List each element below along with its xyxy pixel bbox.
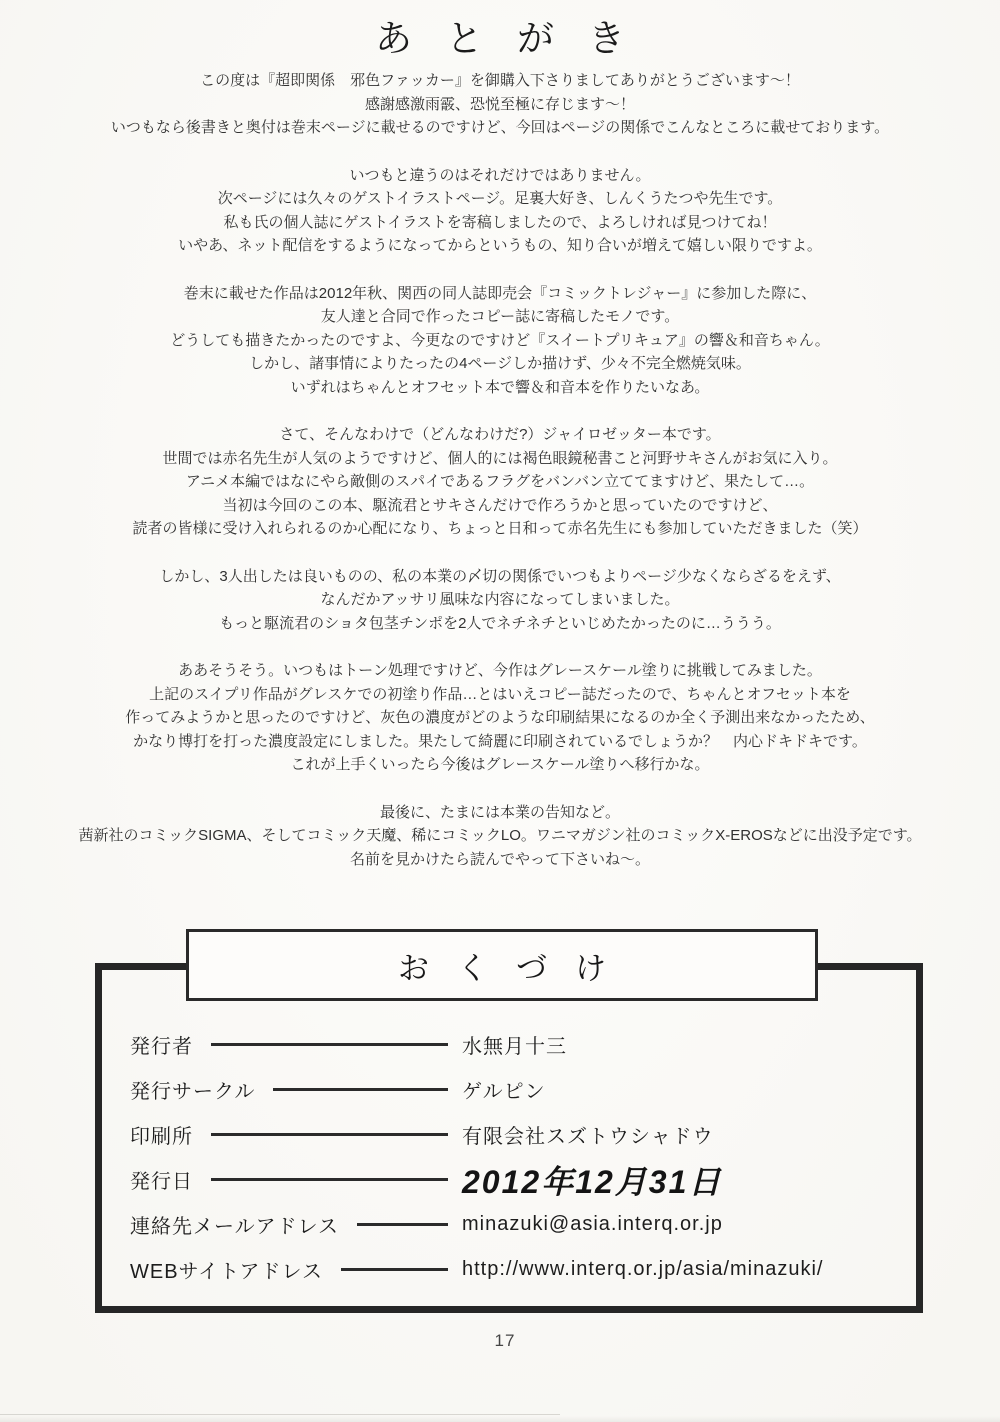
colophon-row-label: WEBサイトアドレス — [130, 1255, 323, 1284]
afterword-line: しかし、3人出したは良いものの、私の本業の〆切の関係でいつもよりページ少なくなら… — [18, 565, 982, 589]
colophon-row-value: 有限会社スズトウシャドウ — [462, 1120, 714, 1149]
afterword-line: いずれはちゃんとオフセット本で響＆和音本を作りたいなあ。 — [18, 376, 982, 400]
colophon-row-value: 水無月十三 — [462, 1030, 567, 1059]
afterword-line: かなり博打を打った濃度設定にしました。果たして綺麗に印刷されているでしょうか？ … — [18, 730, 982, 754]
afterword-page: あとがき この度は『超即関係 邪色ファッカー』を御購入下さりましてありがとうござ… — [0, 0, 1000, 1422]
colophon-row: 発行日2012年12月31日 — [102, 1157, 916, 1202]
colophon-row-rule — [211, 1178, 448, 1181]
afterword-line: 巻末に載せた作品は2012年秋、関西の同人誌即売会『コミックトレジャー』に参加し… — [18, 282, 982, 306]
colophon-rows: 発行者水無月十三発行サークルゲルピン印刷所有限会社スズトウシャドウ発行日2012… — [102, 1022, 916, 1292]
colophon-row: 印刷所有限会社スズトウシャドウ — [102, 1112, 916, 1157]
colophon-row-rule — [273, 1088, 448, 1091]
colophon-row-left: WEBサイトアドレス — [130, 1255, 462, 1284]
afterword-paragraph: しかし、3人出したは良いものの、私の本業の〆切の関係でいつもよりページ少なくなら… — [18, 565, 982, 636]
afterword-line: これが上手くいったら今後はグレースケール塗りへ移行かな。 — [18, 753, 982, 777]
page-title: あとがき — [0, 8, 1000, 62]
afterword-line: 次ページには久々のゲストイラストページ。足裏大好き、しんくうたつや先生です。 — [18, 187, 982, 211]
colophon-row-rule — [211, 1133, 448, 1136]
colophon-row-rule — [357, 1223, 448, 1226]
afterword-line: 茜新社のコミックSIGMA、そしてコミック天魔、稀にコミックLO。ワニマガジン社… — [18, 824, 982, 848]
afterword-paragraph: さて、そんなわけで（どんなわけだ?）ジャイロゼッター本です。世間では赤名先生が人… — [18, 423, 982, 541]
afterword-line: この度は『超即関係 邪色ファッカー』を御購入下さりましてありがとうございます～！ — [18, 69, 982, 93]
afterword-paragraph: いつもと違うのはそれだけではありません。次ページには久々のゲストイラストページ。… — [18, 164, 982, 258]
afterword: この度は『超即関係 邪色ファッカー』を御購入下さりましてありがとうございます～！… — [18, 69, 982, 895]
colophon-row: 発行者水無月十三 — [102, 1022, 916, 1067]
colophon-row: 連絡先メールアドレスminazuki@asia.interq.or.jp — [102, 1202, 916, 1247]
colophon-row-rule — [341, 1268, 448, 1271]
afterword-line: アニメ本編ではなにやら敵側のスパイであるフラグをバンバン立ててますけど、果たして… — [18, 470, 982, 494]
colophon-row: 発行サークルゲルピン — [102, 1067, 916, 1112]
colophon-row-label: 発行者 — [130, 1030, 193, 1059]
afterword-line: なんだかアッサリ風味な内容になってしまいました。 — [18, 588, 982, 612]
afterword-line: いつもなら後書きと奥付は巻末ページに載せるのですけど、今回はページの関係でこんな… — [18, 116, 982, 140]
afterword-paragraph: この度は『超即関係 邪色ファッカー』を御購入下さりましてありがとうございます～！… — [18, 69, 982, 140]
afterword-paragraph: 巻末に載せた作品は2012年秋、関西の同人誌即売会『コミックトレジャー』に参加し… — [18, 282, 982, 400]
colophon-row: WEBサイトアドレスhttp://www.interq.or.jp/asia/m… — [102, 1247, 916, 1292]
afterword-line: ああそうそう。いつもはトーン処理ですけど、今作はグレースケール塗りに挑戦してみま… — [18, 659, 982, 683]
afterword-line: 作ってみようかと思ったのですけど、灰色の濃度がどのような印刷結果になるのか全く予… — [18, 706, 982, 730]
colophon-row-left: 発行日 — [130, 1165, 462, 1194]
afterword-line: 友人達と合同で作ったコピー誌に寄稿したモノです。 — [18, 305, 982, 329]
colophon-row-label: 印刷所 — [130, 1120, 193, 1149]
colophon-row-value: http://www.interq.or.jp/asia/minazuki/ — [462, 1258, 823, 1281]
afterword-line: 最後に、たまには本業の告知など。 — [18, 801, 982, 825]
colophon-row-value: 2012年12月31日 — [462, 1157, 722, 1203]
afterword-line: 当初は今回のこの本、駆流君とサキさんだけで作ろうかと思っていたのですけど、 — [18, 494, 982, 518]
afterword-line: 私も氏の個人誌にゲストイラストを寄稿しましたので、よろしければ見つけてね！ — [18, 211, 982, 235]
colophon-row-left: 発行者 — [130, 1030, 462, 1059]
afterword-line: どうしても描きたかったのですよ、今更なのですけど『スイートプリキュア』の響＆和音… — [18, 329, 982, 353]
colophon-title: おくづけ — [186, 929, 818, 1001]
colophon-row-label: 連絡先メールアドレス — [130, 1210, 339, 1239]
afterword-line: しかし、諸事情によりたったの4ページしか描けず、少々不完全燃焼気味。 — [18, 352, 982, 376]
afterword-line: 読者の皆様に受け入れられるのか心配になり、ちょっと日和って赤名先生にも参加してい… — [18, 517, 982, 541]
afterword-paragraph: 最後に、たまには本業の告知など。茜新社のコミックSIGMA、そしてコミック天魔、… — [18, 801, 982, 872]
afterword-line: 世間では赤名先生が人気のようですけど、個人的には褐色眼鏡秘書こと河野サキさんがお… — [18, 447, 982, 471]
colophon-row-rule — [211, 1043, 448, 1046]
colophon-row-label: 発行サークル — [130, 1075, 255, 1104]
page-number: 17 — [10, 1331, 1000, 1351]
colophon-row-left: 印刷所 — [130, 1120, 462, 1149]
afterword-line: いやあ、ネット配信をするようになってからというもの、知り合いが増えて嬉しい限りで… — [18, 234, 982, 258]
scan-edge-shade — [0, 1416, 1000, 1422]
afterword-line: 上記のスイプリ作品がグレスケでの初塗り作品…とはいえコピー誌だったので、ちゃんと… — [18, 683, 982, 707]
colophon-row-left: 発行サークル — [130, 1075, 462, 1104]
afterword-paragraph: ああそうそう。いつもはトーン処理ですけど、今作はグレースケール塗りに挑戦してみま… — [18, 659, 982, 777]
afterword-line: 名前を見かけたら読んでやって下さいね～。 — [18, 848, 982, 872]
afterword-line: 感謝感激雨霰、恐悦至極に存じます～！ — [18, 93, 982, 117]
colophon-row-value: ゲルピン — [462, 1075, 546, 1104]
afterword-line: もっと駆流君のショタ包茎チンポを2人でネチネチといじめたかったのに…ううう。 — [18, 612, 982, 636]
afterword-line: いつもと違うのはそれだけではありません。 — [18, 164, 982, 188]
colophon-row-left: 連絡先メールアドレス — [130, 1210, 462, 1239]
afterword-line: さて、そんなわけで（どんなわけだ?）ジャイロゼッター本です。 — [18, 423, 982, 447]
scan-edge-artifact — [0, 1414, 560, 1415]
colophon-row-value: minazuki@asia.interq.or.jp — [462, 1213, 723, 1236]
colophon-row-label: 発行日 — [130, 1165, 193, 1194]
